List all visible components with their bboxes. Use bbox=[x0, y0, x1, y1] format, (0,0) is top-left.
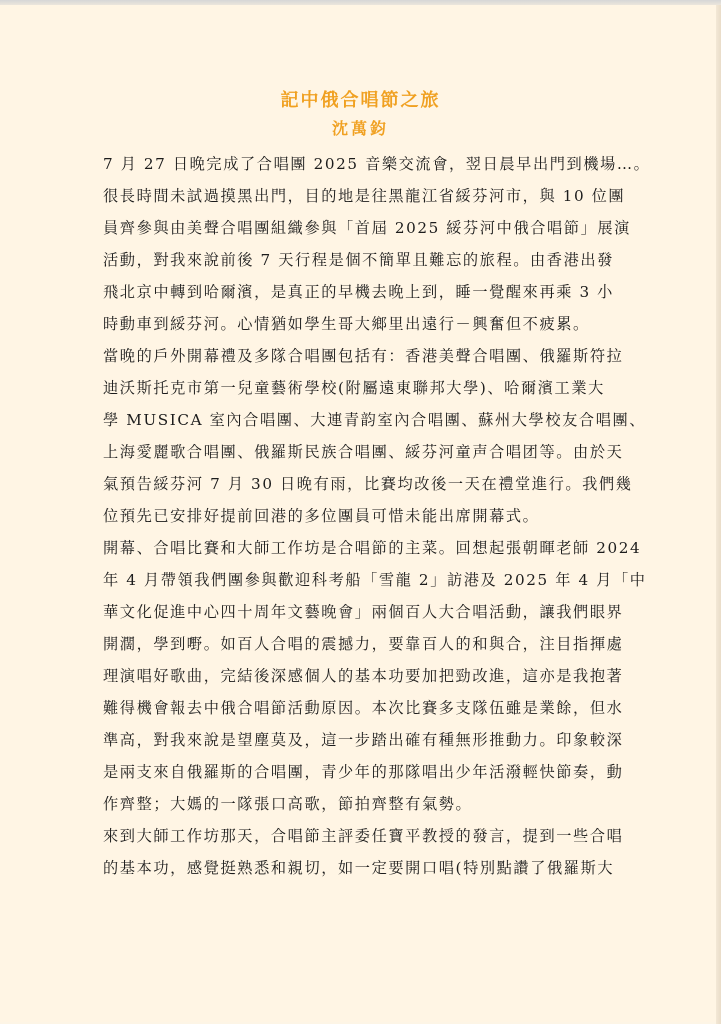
body-line: 氣預告綏芬河 7 月 30 日晚有雨，比賽均改後一天在禮堂進行。我們幾 bbox=[103, 468, 623, 500]
body-line: 員齊參與由美聲合唱團組織參與「首屆 2025 綏芬河中俄合唱節」展演 bbox=[103, 212, 623, 244]
body-line: 迪沃斯托克市第一兒童藝術學校(附屬遠東聯邦大學)、哈爾濱工業大 bbox=[103, 372, 623, 404]
body-line: 開濶，學到嘢。如百人合唱的震撼力，要靠百人的和與合，注目指揮處 bbox=[103, 628, 623, 660]
article-title: 記中俄合唱節之旅 bbox=[0, 89, 721, 113]
body-line: 很長時間未試過摸黑出門，目的地是往黑龍江省綏芬河市，與 10 位團 bbox=[103, 180, 623, 212]
body-line: 學 MUSICA 室內合唱團、大連青韵室內合唱團、蘇州大學校友合唱團、 bbox=[103, 404, 623, 436]
body-line: 活動，對我來說前後 7 天行程是個不簡單且難忘的旅程。由香港出發 bbox=[103, 244, 623, 276]
body-line: 位預先已安排好提前回港的多位團員可惜未能出席開幕式。 bbox=[103, 500, 623, 532]
body-line: 年 4 月帶領我們團參與歡迎科考船「雪龍 2」訪港及 2025 年 4 月「中 bbox=[103, 564, 623, 596]
body-line: 7 月 27 日晚完成了合唱團 2025 音樂交流會，翌日晨早出門到機場…。 bbox=[103, 148, 623, 180]
body-line: 當晚的戶外開幕禮及多隊合唱團包括有：香港美聲合唱團、俄羅斯符拉 bbox=[103, 340, 623, 372]
body-line: 難得機會報去中俄合唱節活動原因。本次比賽多支隊伍雖是業餘，但水 bbox=[103, 692, 623, 724]
body-line: 上海愛麗歌合唱團、俄羅斯民族合唱團、綏芬河童声合唱团等。由於天 bbox=[103, 436, 623, 468]
body-line: 的基本功，感覺挺熟悉和親切，如一定要開口唱(特別點讚了俄羅斯大 bbox=[103, 852, 623, 884]
body-line: 理演唱好歌曲，完結後深感個人的基本功要加把勁改進，這亦是我抱著 bbox=[103, 660, 623, 692]
body-line: 時動車到綏芬河。心情猶如學生哥大鄉里出遠行－興奮但不疲累。 bbox=[103, 308, 623, 340]
body-line: 準高，對我來說是望塵莫及，這一步踏出確有種無形推動力。印象較深 bbox=[103, 724, 623, 756]
body-line: 作齊整；大媽的一隊張口高歌，節拍齊整有氣勢。 bbox=[103, 788, 623, 820]
article-body: 7 月 27 日晚完成了合唱團 2025 音樂交流會，翌日晨早出門到機場…。 很… bbox=[103, 148, 623, 884]
body-line: 是兩支來自俄羅斯的合唱團，青少年的那隊唱出少年活潑輕快節奏，動 bbox=[103, 756, 623, 788]
body-line: 開幕、合唱比賽和大師工作坊是合唱節的主菜。回想起張朝暉老師 2024 bbox=[103, 532, 623, 564]
body-line: 來到大師工作坊那天，合唱節主評委任寶平教授的發言，提到一些合唱 bbox=[103, 820, 623, 852]
article-author: 沈萬鈞 bbox=[0, 118, 721, 140]
page-right-edge bbox=[716, 5, 721, 1024]
body-line: 華文化促進中心四十周年文藝晚會」兩個百人大合唱活動，讓我們眼界 bbox=[103, 596, 623, 628]
body-line: 飛北京中轉到哈爾濱，是真正的早機去晚上到，睡一覺醒來再乘 3 小 bbox=[103, 276, 623, 308]
